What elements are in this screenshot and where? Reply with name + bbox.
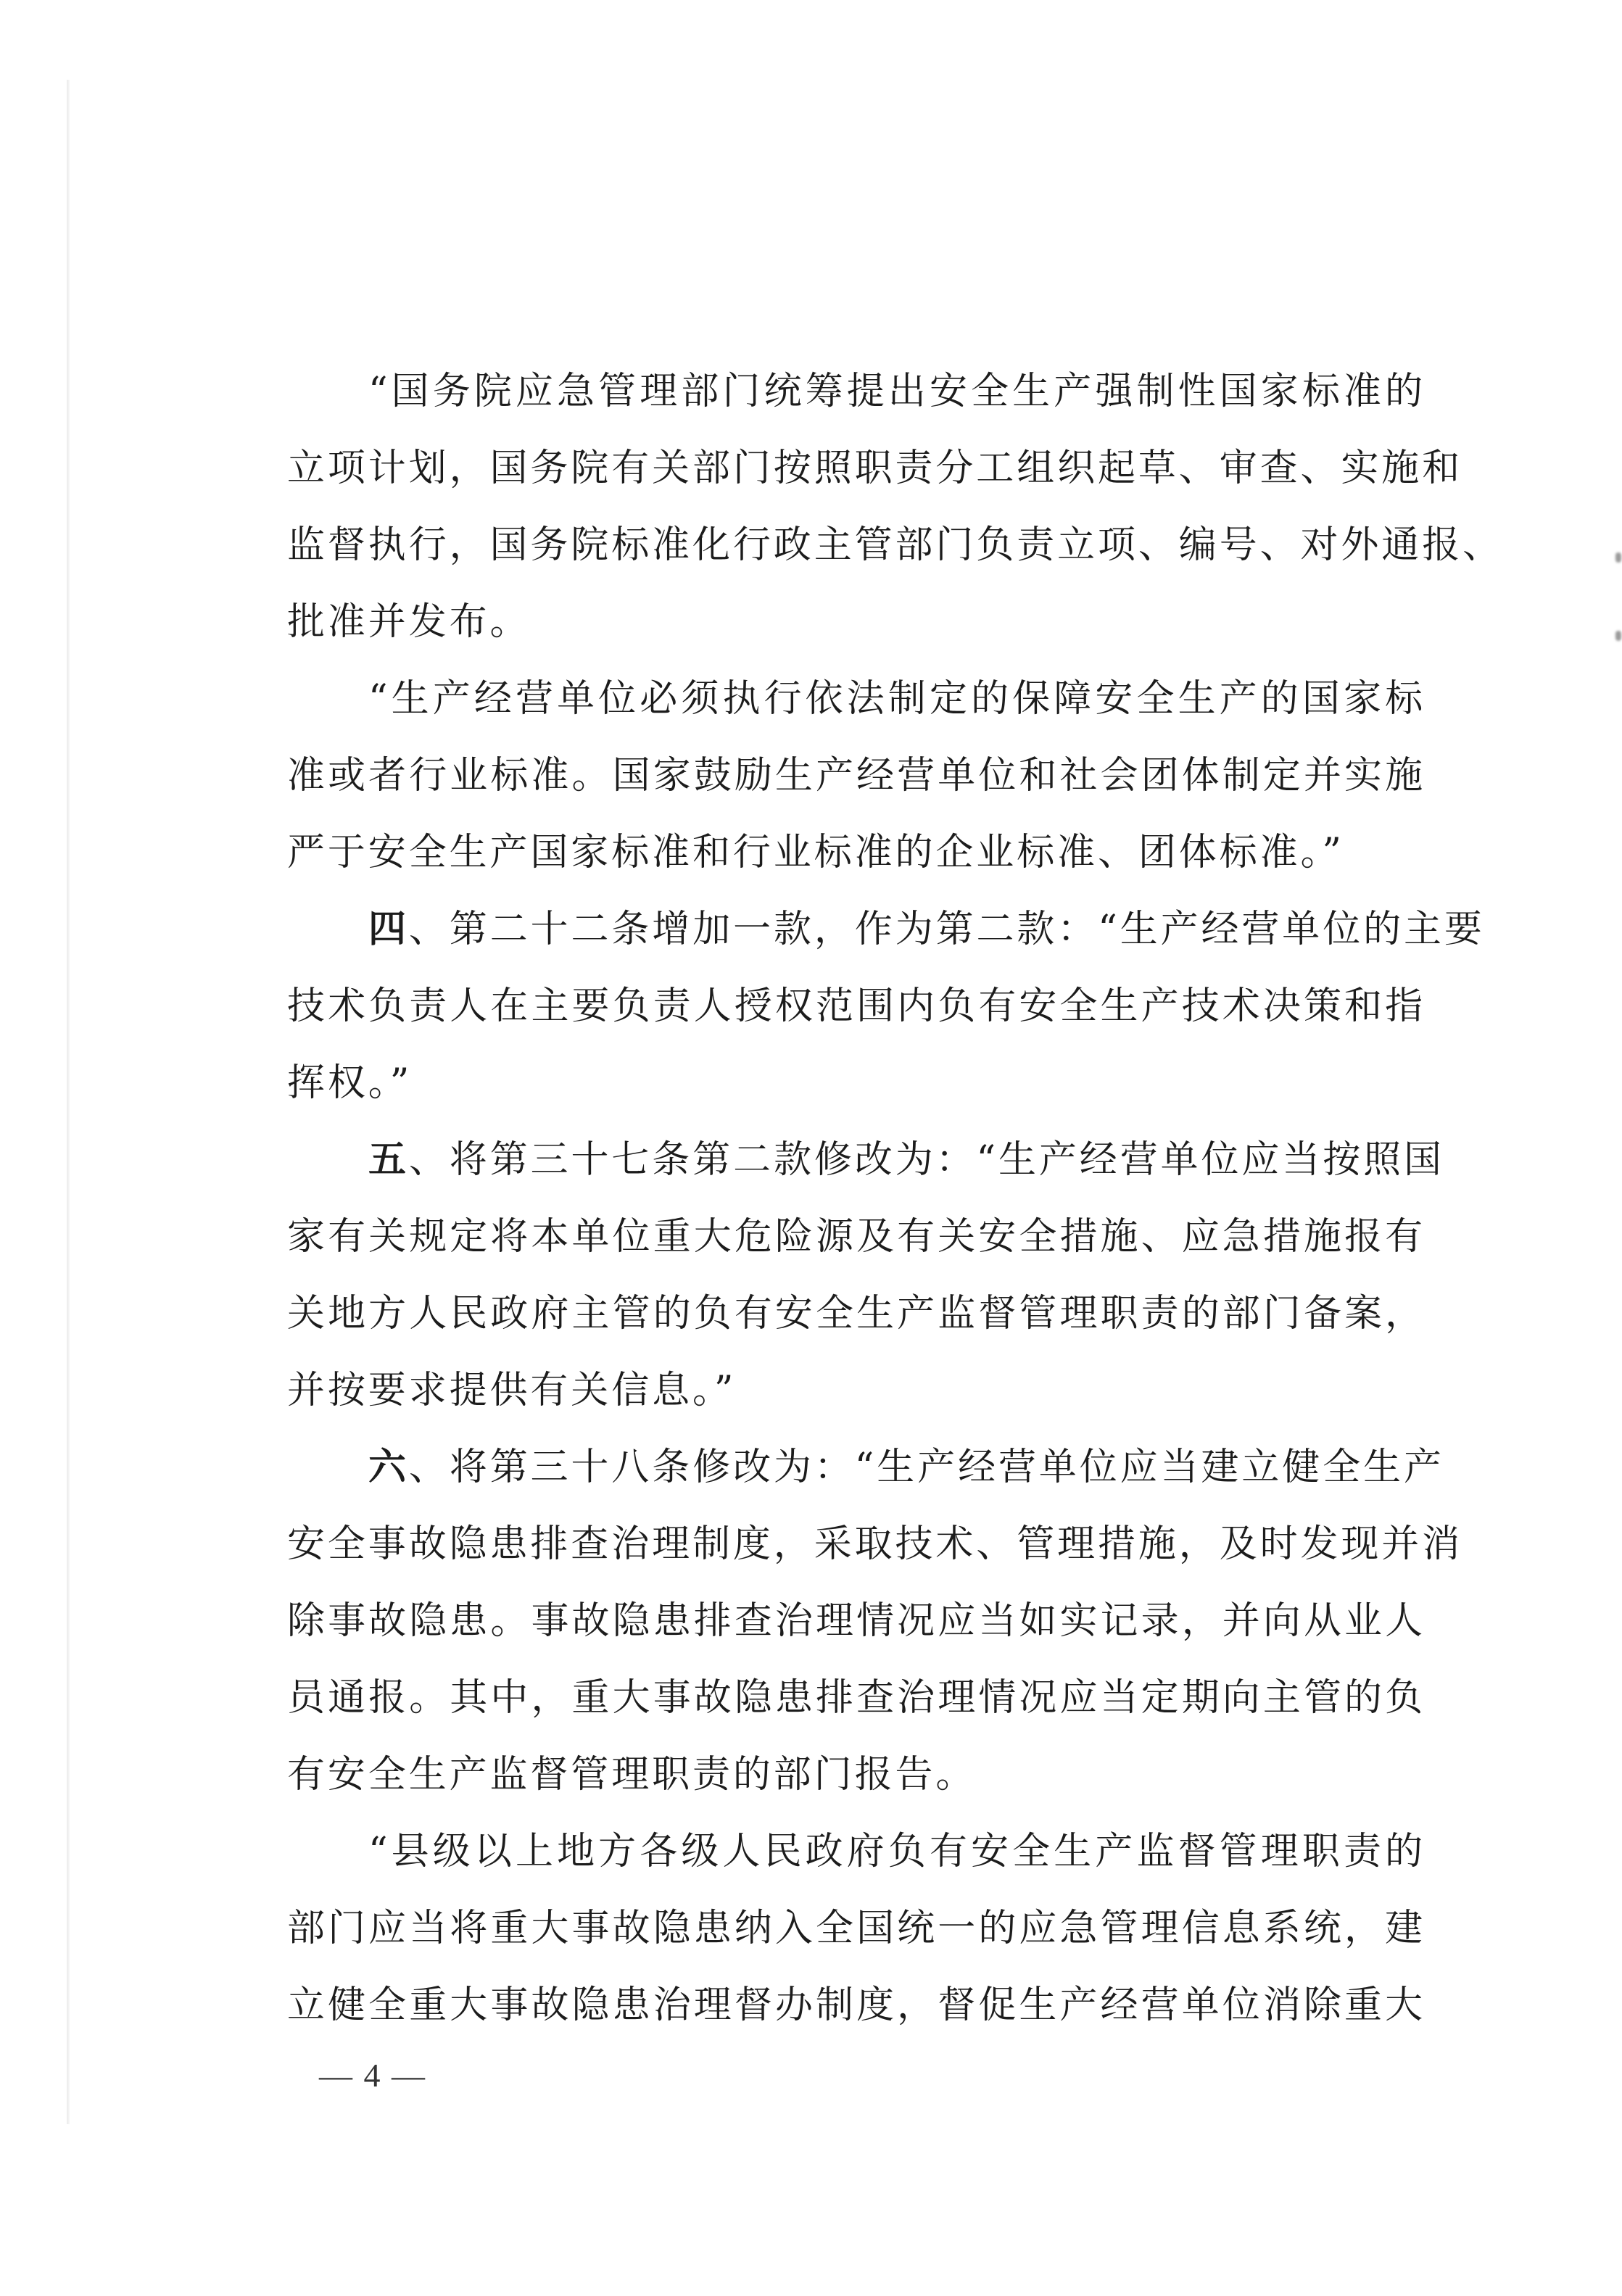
text-line: 准或者行业标准。国家鼓励生产经营单位和社会团体制定并实施 — [287, 754, 1426, 831]
paragraph: “县级以上地方各级人民政府负有安全生产监督管理职责的 部门应当将重大事故隐患纳入… — [287, 1830, 1426, 2060]
document-page: “国务院应急管理部门统筹提出安全生产强制性国家标准的 立项计划，国务院有关部门按… — [0, 0, 1622, 2296]
item-text: 、第二十二条增加一款，作为第二款：“生产经营单位的主要 — [409, 908, 1485, 951]
text-line: “县级以上地方各级人民政府负有安全生产监督管理职责的 — [287, 1830, 1426, 1907]
text-line: 有安全生产监督管理职责的部门报告。 — [287, 1753, 1426, 1830]
page-number: — 4 — — [319, 2056, 426, 2094]
text-line: 监督执行，国务院标准化行政主管部门负责立项、编号、对外通报、 — [287, 523, 1426, 600]
paragraph: “生产经营单位必须执行依法制定的保障安全生产的国家标 准或者行业标准。国家鼓励生… — [287, 677, 1426, 908]
text-line: 四、第二十二条增加一款，作为第二款：“生产经营单位的主要 — [287, 908, 1426, 985]
amendment-item-5: 五、将第三十七条第二款修改为：“生产经营单位应当按照国 家有关规定将本单位重大危… — [287, 1138, 1426, 1446]
item-number: 六 — [368, 1446, 409, 1489]
item-text: 、将第三十七条第二款修改为：“生产经营单位应当按照国 — [409, 1138, 1444, 1182]
paragraph: “国务院应急管理部门统筹提出安全生产强制性国家标准的 立项计划，国务院有关部门按… — [287, 370, 1426, 677]
text-line: 家有关规定将本单位重大危险源及有关安全措施、应急措施报有 — [287, 1215, 1426, 1292]
amendment-item-6: 六、将第三十八条修改为：“生产经营单位应当建立健全生产 安全事故隐患排查治理制度… — [287, 1446, 1426, 1830]
text-line: “生产经营单位必须执行依法制定的保障安全生产的国家标 — [287, 677, 1426, 754]
text-line: 立健全重大事故隐患治理督办制度，督促生产经营单位消除重大 — [287, 1984, 1426, 2060]
text-line: 立项计划，国务院有关部门按照职责分工组织起草、审查、实施和 — [287, 447, 1426, 523]
text-line: 并按要求提供有关信息。” — [287, 1369, 1426, 1446]
page-edge-shadow — [67, 80, 70, 2124]
text-line: 六、将第三十八条修改为：“生产经营单位应当建立健全生产 — [287, 1446, 1426, 1522]
text-line: 员通报。其中，重大事故隐患排查治理情况应当定期向主管的负 — [287, 1676, 1426, 1753]
binding-hole-mark — [1615, 552, 1621, 563]
text-line: 挥权。” — [287, 1061, 1426, 1138]
text-line: 技术负责人在主要负责人授权范围内负有安全生产技术决策和指 — [287, 985, 1426, 1061]
text-line: 部门应当将重大事故隐患纳入全国统一的应急管理信息系统，建 — [287, 1907, 1426, 1984]
text-line: 除事故隐患。事故隐患排查治理情况应当如实记录，并向从业人 — [287, 1599, 1426, 1676]
text-line: 安全事故隐患排查治理制度，采取技术、管理措施，及时发现并消 — [287, 1522, 1426, 1599]
text-line: 批准并发布。 — [287, 600, 1426, 677]
item-number: 四 — [368, 908, 409, 951]
text-line: 五、将第三十七条第二款修改为：“生产经营单位应当按照国 — [287, 1138, 1426, 1215]
document-body: “国务院应急管理部门统筹提出安全生产强制性国家标准的 立项计划，国务院有关部门按… — [287, 370, 1426, 2060]
item-text: 、将第三十八条修改为：“生产经营单位应当建立健全生产 — [409, 1446, 1444, 1489]
text-line: 关地方人民政府主管的负有安全生产监督管理职责的部门备案， — [287, 1292, 1426, 1369]
amendment-item-4: 四、第二十二条增加一款，作为第二款：“生产经营单位的主要 技术负责人在主要负责人… — [287, 908, 1426, 1138]
binding-hole-mark — [1615, 631, 1621, 641]
text-line: 严于安全生产国家标准和行业标准的企业标准、团体标准。” — [287, 831, 1426, 908]
item-number: 五 — [368, 1138, 409, 1182]
text-line: “国务院应急管理部门统筹提出安全生产强制性国家标准的 — [287, 370, 1426, 447]
